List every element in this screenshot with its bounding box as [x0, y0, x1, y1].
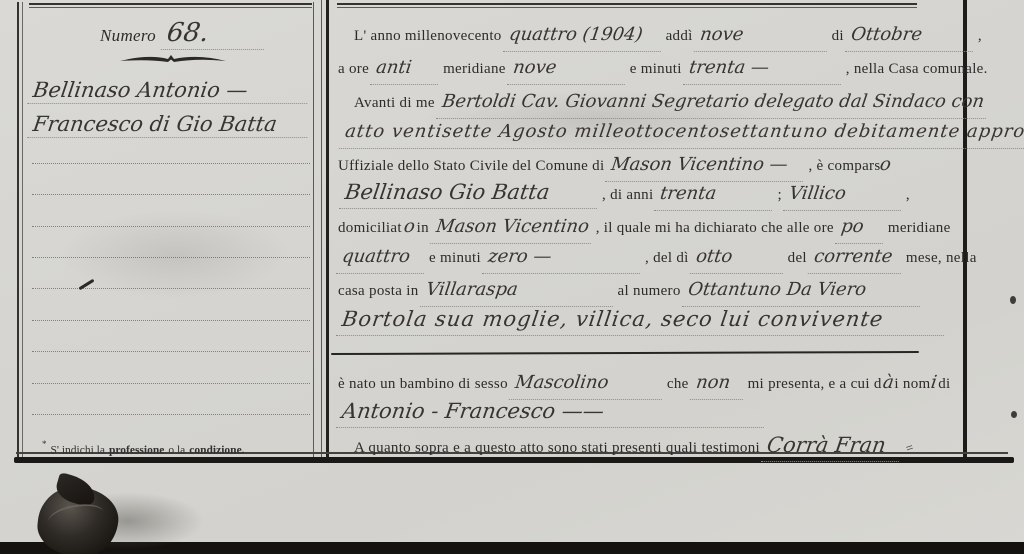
printed-segment: Uffiziale dello Stato Civile del Comune …	[338, 158, 604, 174]
flourish-ornament	[118, 52, 228, 66]
footnote-marker: *	[42, 439, 47, 449]
main-area-left-rule-thick	[326, 0, 329, 462]
handwritten-segment: Villaraspa	[419, 275, 616, 307]
binding-hole-speck	[1011, 411, 1017, 418]
printed-segment: a ore	[338, 61, 369, 77]
printed-segment: addì	[666, 28, 693, 44]
ruled-line	[32, 414, 310, 415]
handwritten-segment: o	[402, 212, 417, 242]
act-line-3: Avanti di meBertoldi Cav. Giovanni Segre…	[338, 87, 976, 119]
printed-segment: A quanto sopra e a questo atto sono stat…	[354, 440, 760, 456]
handwritten-segment: trenta	[654, 179, 776, 211]
continuation-mark: =	[902, 433, 918, 464]
printed-segment: e minuti	[429, 250, 481, 266]
printed-segment: mese, nella	[906, 250, 977, 266]
printed-segment: in	[417, 220, 429, 236]
printed-segment: è nato un bambino di sesso	[338, 376, 508, 392]
printed-segment: ,	[978, 28, 982, 44]
act-line-10: Bortola sua moglie, villica, seco lui co…	[338, 304, 960, 337]
handwritten-segment: corrente	[808, 242, 905, 274]
printed-segment: , del dì	[645, 250, 689, 266]
printed-segment: di	[832, 28, 844, 44]
footnote: * S' indichi la professione o la condizi…	[42, 439, 245, 458]
handwritten-segment: atto ventisette Agosto milleottocentoset…	[339, 117, 1024, 149]
left-column-top-rule-outer	[29, 3, 312, 5]
printed-segment: e minuti	[630, 61, 682, 77]
printed-segment: ,	[906, 187, 910, 203]
handwritten-segment: nove	[506, 53, 628, 85]
printed-segment: , nella Casa comunale.	[846, 61, 988, 77]
margin-name-text-1: Bellinaso Antonio —	[27, 78, 311, 104]
printed-segment: Avanti di me	[354, 95, 435, 111]
act-line-2: a oreantimeridianenovee minutitrenta —, …	[338, 53, 960, 85]
printed-segment: , è compars	[808, 158, 880, 174]
act-line-12: Antonio - Francesco ——	[338, 396, 960, 429]
handwritten-segment: trenta —	[682, 53, 844, 85]
numero-value: 68.	[161, 18, 268, 50]
handwritten-segment: po	[835, 212, 887, 244]
left-column-right-rule	[313, 2, 314, 460]
printed-segment: L' anno millenovecento	[354, 28, 502, 44]
margin-name-line-2: Francesco di Gio Batta	[26, 112, 312, 138]
act-line-13: A quanto sopra e a questo atto sono stat…	[338, 430, 1014, 463]
act-line-8: quattroe minutizero —, del dìottodelcorr…	[338, 242, 960, 274]
act-line-4: atto ventisette Agosto milleottocentoset…	[338, 117, 960, 149]
printed-segment: che	[667, 376, 689, 392]
numero-line: Numero 68.	[100, 18, 269, 50]
printed-segment: i nom	[894, 376, 930, 392]
printed-segment: al numero	[618, 283, 681, 299]
left-margin-inner-rule	[22, 2, 23, 460]
handwritten-segment: Ottobre	[845, 20, 977, 52]
act-line-6: Bellinaso Gio Batta, di annitrenta;Villi…	[338, 177, 960, 211]
margin-name-line-1: Bellinaso Antonio —	[26, 78, 312, 104]
section-divider-rule	[331, 351, 919, 355]
bleedthrough-smudge	[60, 210, 290, 300]
binding-hole-speck	[1010, 296, 1016, 304]
handwritten-segment: Ottantuno Da Viero	[681, 275, 923, 307]
printed-segment: , il quale mi ha dichiarato che alle ore	[596, 220, 834, 236]
printed-segment: di	[938, 376, 950, 392]
handwritten-segment: o	[878, 150, 893, 180]
printed-segment: domiciliat	[338, 220, 402, 236]
main-area-top-rule-inner	[337, 7, 917, 8]
ruled-line	[32, 351, 310, 352]
printed-segment: mi presenta, e a cui d	[748, 376, 882, 392]
handwritten-segment: otto	[689, 242, 786, 274]
footnote-text: S' indichi la	[51, 444, 105, 456]
act-line-9: casa posta inVillaraspaal numeroOttantun…	[338, 275, 960, 307]
handwritten-segment: Bertoldi Cav. Giovanni Segretario delega…	[436, 87, 990, 119]
ruled-line	[32, 194, 310, 195]
left-margin-outer-rule	[17, 2, 19, 460]
handwritten-segment: Corrà Fran	[761, 430, 903, 462]
printed-segment: meridiane	[443, 61, 506, 77]
printed-segment: , di anni	[602, 187, 653, 203]
act-line-1: L' anno millenovecentoquattro (1904)addì…	[338, 20, 976, 52]
scanned-birth-record-page: Numero 68. Bellinaso Antonio — Francesco…	[0, 0, 1024, 554]
handwritten-segment: Villico	[783, 179, 905, 211]
handwritten-segment: Bellinaso Gio Batta	[339, 177, 601, 209]
footnote-bold-professione: professione	[109, 444, 164, 456]
printed-segment: casa posta in	[338, 283, 419, 299]
handwritten-segment: à	[881, 368, 896, 398]
handwritten-segment: Bortola sua moglie, villica, seco lui co…	[336, 304, 948, 336]
printed-segment: ;	[777, 187, 781, 203]
ruled-line	[32, 163, 310, 164]
handwritten-segment: zero —	[482, 242, 644, 274]
act-line-7: domiciliatoinMason Vicentino, il quale m…	[338, 212, 960, 244]
numero-label: Numero	[100, 26, 156, 45]
handwritten-segment: Antonio - Francesco ——	[336, 396, 768, 428]
handwritten-segment: nove	[693, 20, 830, 52]
handwritten-segment: quattro	[336, 242, 428, 274]
ruled-line	[32, 320, 310, 321]
footnote-bold-condizione: condizione.	[189, 444, 244, 456]
footnote-text: o la	[168, 444, 185, 456]
handwritten-segment: quattro (1904)	[502, 20, 664, 52]
printed-segment: meridiane	[888, 220, 951, 236]
main-area-top-rule-outer	[337, 3, 917, 5]
ruled-line	[32, 383, 310, 384]
left-column-top-rule-inner	[29, 7, 312, 8]
printed-segment: del	[788, 250, 807, 266]
main-area-left-rule-thin	[321, 0, 322, 462]
handwritten-segment: anti	[370, 53, 442, 85]
handwritten-segment: Mason Vicentino	[430, 212, 595, 244]
margin-name-text-2: Francesco di Gio Batta	[27, 112, 311, 138]
